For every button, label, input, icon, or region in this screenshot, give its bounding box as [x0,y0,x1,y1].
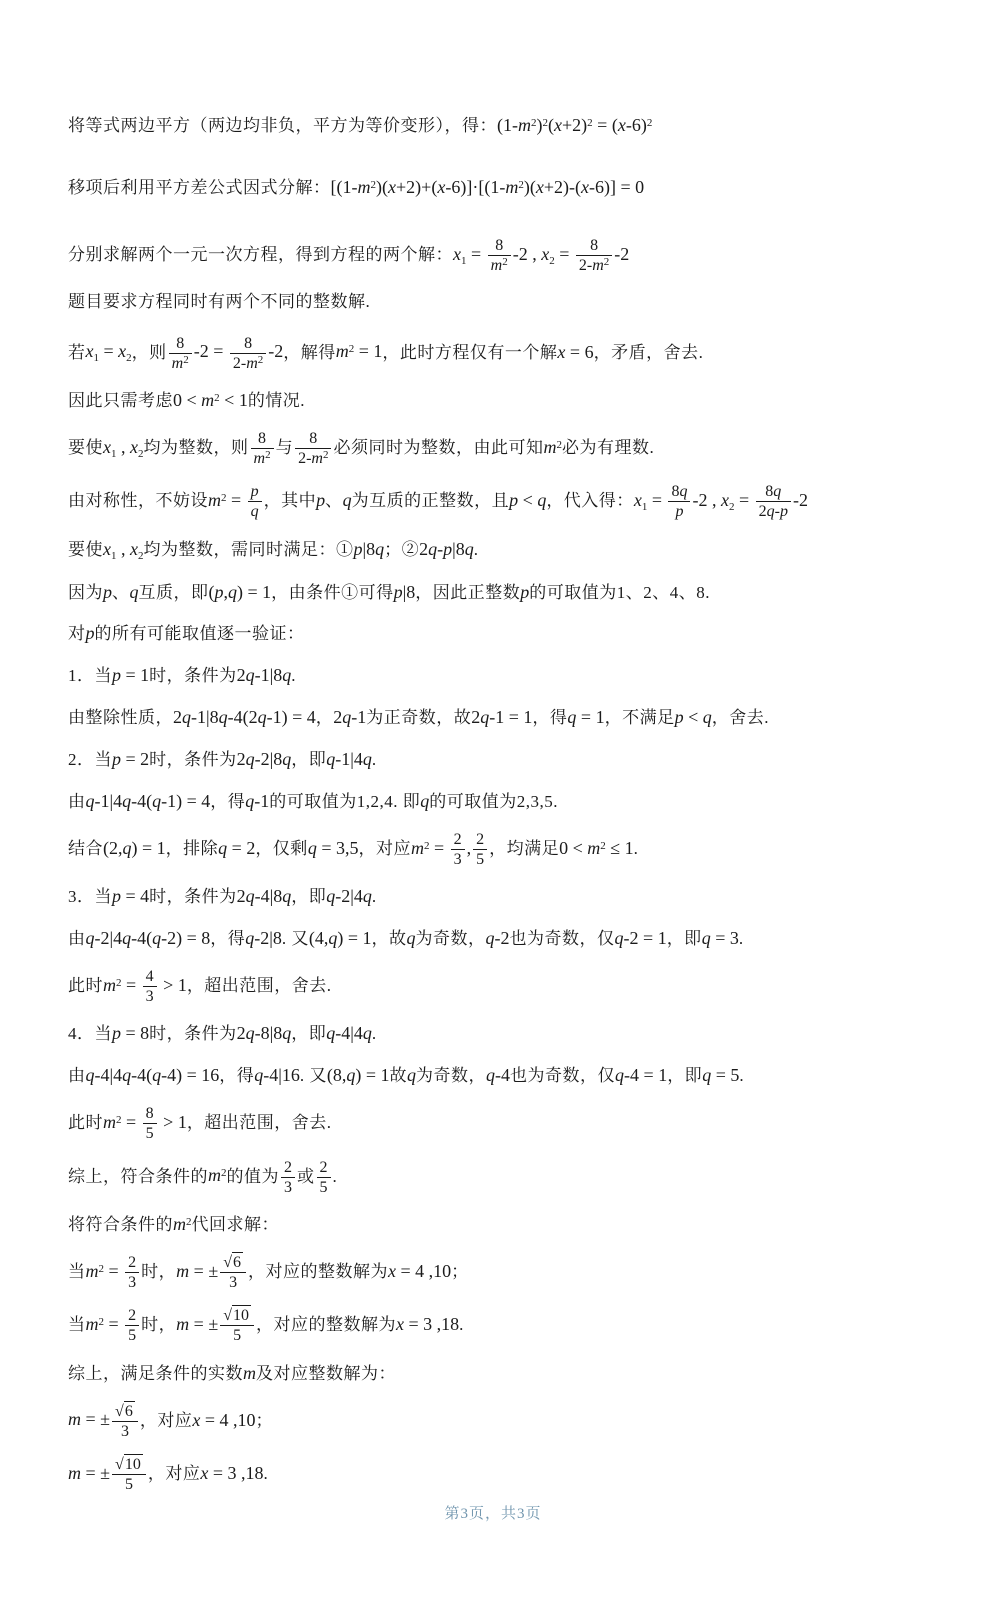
math-formula: q-4 [486,1065,510,1085]
text-segment: . [459,1315,464,1334]
text-line: m = ±√105，对应x = 3 ,18. [68,1455,926,1494]
math-formula: m [243,1363,256,1383]
text-line: 此时m2 = 85 > 1，超出范围，舍去. [68,1104,926,1143]
text-segment: 此时 [68,1113,103,1132]
text-segment: 的值为 [227,1166,280,1185]
text-segment: ，对应 [358,839,411,858]
math-formula: 8m2 [249,437,276,457]
text-segment: 也为奇数，仅 [510,929,615,948]
math-formula: m2 = 43 > 1 [103,975,187,995]
math-formula: m = ±√63 [68,1409,140,1429]
text-segment: ，代入得： [546,491,634,510]
math-formula: (1-m2)2(x+2)2 = (x-6)2 [497,115,652,135]
text-line: 将等式两边平方（两边均非负，平方为等价变形），得：(1-m2)2(x+2)2 =… [68,112,926,140]
text-segment: 综上，符合条件的 [68,1166,208,1185]
math-formula: m2 = 1 [336,341,383,361]
text-segment: 由 [68,792,86,811]
text-segment: ，排除 [166,839,219,858]
math-formula: x1 = 8qp-2 , x2 = 8q2q-p-2 [634,490,808,510]
math-formula: p = 4 [112,886,149,906]
math-formula: [(1-m2)(x+2)+(x-6)]·[(1-m2)(x+2)-(x-6)] … [331,177,645,197]
text-line: 分别求解两个一元一次方程，得到方程的两个解：x1 = 8m2-2 , x2 = … [68,236,926,275]
math-formula: p [520,582,529,602]
text-line: 1．当p = 1时，条件为2q-1|8q. [68,662,926,690]
math-formula: 23 [279,1165,297,1185]
math-formula: 2q-p|8q [419,539,474,559]
text-segment: 1．当 [68,666,112,685]
math-formula: x1 , x2 [103,539,144,559]
math-formula: p = 8 [112,1023,149,1043]
text-segment: 代回求解： [192,1215,280,1234]
text-segment: 题目要求方程同时有两个不同的整数解. [68,292,370,311]
math-formula: m2 [543,437,562,457]
page-footer: 第3页，共3页 [0,1502,986,1523]
text-line: 由整除性质，2q-1|8q-4(2q-1) = 4，2q-1为正奇数，故2q-1… [68,704,926,732]
text-segment: 的可取值为1,2,4. 即 [269,792,420,811]
text-line: 若x1 = x2，则8m2-2 = 82-m2-2，解得m2 = 1，此时方程仅… [68,334,926,373]
text-line: 题目要求方程同时有两个不同的整数解. [68,289,926,315]
math-formula: x = 3 ,18 [200,1463,263,1483]
text-segment: 必为有理数. [562,438,654,457]
text-line: 要使x1 , x2均为整数，则8m2与82-m2必须同时为整数，由此可知m2必为… [68,429,926,468]
math-formula: q-4 = 1 [615,1065,667,1085]
text-segment: ；② [384,540,419,559]
text-segment: . [634,839,639,858]
math-formula: (8,q) = 1 [327,1065,390,1085]
math-formula: q-1 [245,791,269,811]
math-formula: m2 [173,1214,192,1234]
text-segment: 4．当 [68,1024,112,1043]
text-segment: . [474,540,479,559]
text-segment: . [333,1166,338,1185]
text-line: 因此只需考虑0 < m2 < 1的情况. [68,387,926,415]
math-formula: 25 [315,1165,333,1185]
math-formula: 2q-2|8q [237,749,292,769]
math-formula: (p,q) = 1 [209,582,272,602]
math-formula: q [407,1065,416,1085]
text-segment: 2．当 [68,750,112,769]
text-segment: 将等式两边平方（两边均非负，平方为等价变形），得： [68,116,497,135]
text-segment: 对 [68,624,86,643]
text-line: 结合(2,q) = 1，排除q = 2，仅剩q = 3,5，对应m2 = 23,… [68,830,926,869]
math-formula: x = 4 ,10 [388,1261,451,1281]
math-formula: (4,q) = 1 [309,928,372,948]
math-formula: m2 = 23 [86,1261,142,1281]
text-line: 当m2 = 25时，m = ±√105，对应的整数解为x = 3 ,18. [68,1306,926,1345]
text-segment: 要使 [68,540,103,559]
text-segment: ，舍去. [712,708,769,727]
text-segment: 将符合条件的 [68,1215,173,1234]
text-segment: 与 [276,438,294,457]
text-segment: ，仅剩 [255,839,308,858]
text-segment: 当 [68,1262,86,1281]
math-formula: x = 4 ,10 [192,1409,255,1429]
text-segment: 当 [68,1315,86,1334]
math-formula: x = 6 [557,341,593,361]
text-segment: ； [451,1262,469,1281]
text-segment: . [372,750,377,769]
math-formula: m2 = 85 > 1 [103,1112,187,1132]
document-page: 将等式两边平方（两边均非负，平方为等价变形），得：(1-m2)2(x+2)2 =… [0,0,986,1600]
math-formula: p < q [675,707,712,727]
text-segment: 综上，满足条件的实数 [68,1364,243,1383]
math-formula: p [316,490,325,510]
text-segment: 由 [68,929,86,948]
text-line: 将符合条件的m2代回求解： [68,1211,926,1239]
text-segment: ，得 [210,929,245,948]
text-segment: 、 [325,491,343,510]
text-segment: 3．当 [68,887,112,906]
text-segment: 互质，即 [139,583,209,602]
math-formula: 2q-1|8q [237,665,292,685]
math-formula: m2 = pq [208,490,264,510]
text-segment: ，此时方程仅有一个解 [382,342,557,361]
math-formula: m2 = 23,25 [411,838,489,858]
math-formula: p|8q [354,539,385,559]
math-formula: 2q-1|8q-4(2q-1) = 4 [173,707,316,727]
text-segment: ，不满足 [605,708,675,727]
text-segment: 因此只需考虑 [68,391,173,410]
math-formula: q [343,490,352,510]
text-segment: ，均满足 [489,839,559,858]
text-segment: . [372,1024,377,1043]
math-formula: x1 , x2 [103,437,144,457]
text-segment: 由整除性质， [68,708,173,727]
text-segment: 的可取值为1、2、4、8. [529,583,710,602]
text-segment: 要使 [68,438,103,457]
math-formula: q [130,582,139,602]
text-line: 由q-2|4q-4(q-2) = 8，得q-2|8. 又(4,q) = 1，故q… [68,925,926,953]
math-formula: x = 3 ,18 [396,1314,459,1334]
math-formula: q-2|4q-4(q-2) = 8 [86,928,211,948]
text-segment: 均为整数，需同时满足：① [144,540,354,559]
text-segment: 结合 [68,839,103,858]
text-segment: ，则 [132,342,167,361]
text-segment: ，对应的整数解为 [256,1315,396,1334]
math-formula: q-2 = 1 [615,928,667,948]
text-segment: ，即 [667,1066,702,1085]
math-formula: q-2|4q [326,886,372,906]
math-formula: p [103,582,112,602]
math-formula: q-4|4q [326,1023,372,1043]
text-segment: . [263,1464,268,1483]
text-segment: 的所有可能取值逐一验证： [95,624,305,643]
text-segment: ，即 [291,750,326,769]
math-formula: x1 = 8m2-2 , x2 = 82-m2-2 [453,244,629,264]
text-segment: ； [255,1410,273,1429]
text-segment: ， [316,708,334,727]
text-line: 因为p、q互质，即(p,q) = 1，由条件①可得p|8，因此正整数p的可取值为… [68,579,926,607]
text-segment: 时， [141,1262,176,1281]
math-formula: q = 5 [702,1065,739,1085]
text-segment: ，故 [372,929,407,948]
text-line: 移项后利用平方差公式因式分解：[(1-m2)(x+2)+(x-6)]·[(1-m… [68,174,926,202]
text-segment: 时，条件为 [149,1024,237,1043]
text-segment: ，解得 [283,342,336,361]
math-formula: 2q-1 [333,707,366,727]
text-segment: ，对应 [148,1464,201,1483]
math-formula: q [420,791,429,811]
text-segment: ，得 [219,1066,254,1085]
text-segment: ，得 [210,792,245,811]
math-formula: q-2|8 [245,928,282,948]
text-segment: 时，条件为 [149,666,237,685]
text-segment: ，对应 [140,1410,193,1429]
math-formula: q = 3 [702,928,739,948]
math-formula: 2q-1 = 1 [471,707,532,727]
math-formula: p = 2 [112,749,149,769]
text-segment: 若 [68,342,86,361]
math-formula: x1 = x2 [86,341,132,361]
text-segment: ，因此正整数 [415,583,520,602]
text-line: m = ±√63，对应x = 4 ,10； [68,1402,926,1441]
text-segment: 或 [297,1166,315,1185]
math-formula: p|8 [394,582,416,602]
text-segment: 分别求解两个一元一次方程，得到方程的两个解： [68,245,453,264]
text-segment: ，由条件①可得 [271,583,394,602]
math-formula: 0 < m2 ≤ 1 [559,838,634,858]
math-formula: q = 3,5 [308,838,359,858]
math-formula: q [407,928,416,948]
math-formula: q-4|16 [254,1065,300,1085]
text-segment: ，超出范围，舍去. [187,1113,332,1132]
text-line: 由q-4|4q-4(q-4) = 16，得q-4|16. 又(8,q) = 1故… [68,1062,926,1090]
math-formula: m2 = 25 [86,1314,142,1334]
text-line: 2．当p = 2时，条件为2q-2|8q，即q-1|4q. [68,746,926,774]
text-segment: ，其中 [264,491,317,510]
math-formula: 0 < m2 < 1 [173,390,248,410]
text-line: 3．当p = 4时，条件为2q-4|8q，即q-2|4q. [68,883,926,911]
math-formula: p [86,623,95,643]
text-segment: 故 [390,1066,408,1085]
text-segment: 、 [112,583,130,602]
text-segment: . [372,887,377,906]
text-segment: . 又 [300,1066,327,1085]
text-segment: 均为整数，则 [144,438,249,457]
text-segment: . [739,929,744,948]
text-segment: 的情况. [248,391,305,410]
text-line: 此时m2 = 43 > 1，超出范围，舍去. [68,967,926,1006]
text-segment: 时， [141,1315,176,1334]
math-formula: q-1|4q [326,749,372,769]
text-segment: 由对称性，不妨设 [68,491,208,510]
math-formula: (2,q) = 1 [103,838,166,858]
text-segment: 移项后利用平方差公式因式分解： [68,178,331,197]
text-line: 综上，满足条件的实数m及对应整数解为： [68,1360,926,1388]
text-segment: 为互质的正整数，且 [352,491,510,510]
text-segment: 时，条件为 [149,887,237,906]
text-segment: 的可取值为2,3,5. [429,792,558,811]
math-formula: 82-m2 [293,437,333,457]
math-formula: m = ±√63 [176,1261,248,1281]
text-line: 由q-1|4q-4(q-1) = 4，得q-1的可取值为1,2,4. 即q的可取… [68,788,926,816]
text-line: 综上，符合条件的m2的值为23或25. [68,1158,926,1197]
text-segment: 因为 [68,583,103,602]
math-formula: p = 1 [112,665,149,685]
text-segment: ，矛盾，舍去. [594,342,704,361]
document-body: 将等式两边平方（两边均非负，平方为等价变形），得：(1-m2)2(x+2)2 =… [68,112,926,1508]
math-formula: m = ±√105 [176,1314,256,1334]
math-formula: q = 1 [567,707,604,727]
math-formula: 2q-4|8q [237,886,292,906]
math-formula: q-4|4q-4(q-4) = 16 [86,1065,220,1085]
math-formula: m2 [208,1165,227,1185]
page-number: 第3页，共3页 [444,1506,541,1522]
text-line: 由对称性，不妨设m2 = pq，其中p、q为互质的正整数，且p < q，代入得：… [68,482,926,521]
text-line: 4．当p = 8时，条件为2q-8|8q，即q-4|4q. [68,1020,926,1048]
text-segment: ，得 [532,708,567,727]
text-segment: ，超出范围，舍去. [187,976,332,995]
text-line: 对p的所有可能取值逐一验证： [68,620,926,648]
text-segment: ，对应的整数解为 [248,1262,388,1281]
text-segment: 此时 [68,976,103,995]
math-formula: m = ±√105 [68,1463,148,1483]
text-segment: 为奇数， [416,1066,486,1085]
text-segment: ，即 [291,1024,326,1043]
text-segment: . 又 [282,929,309,948]
text-segment: 由 [68,1066,86,1085]
text-segment: ，即 [291,887,326,906]
text-line: 要使x1 , x2均为整数，需同时满足：①p|8q；②2q-p|8q. [68,536,926,565]
text-segment: 时，条件为 [149,750,237,769]
math-formula: q-2 [486,928,510,948]
text-line: 当m2 = 23时，m = ±√63，对应的整数解为x = 4 ,10； [68,1253,926,1292]
math-formula: q-1|4q-4(q-1) = 4 [86,791,211,811]
text-segment: ，即 [667,929,702,948]
text-segment: . [739,1066,744,1085]
text-segment: . [291,666,296,685]
math-formula: 8m2-2 = 82-m2-2 [167,341,284,361]
math-formula: p < q [509,490,546,510]
text-segment: 及对应整数解为： [256,1364,396,1383]
math-formula: 2q-8|8q [237,1023,292,1043]
text-segment: 为奇数， [416,929,486,948]
text-segment: 必须同时为整数，由此可知 [333,438,543,457]
text-segment: 也为奇数，仅 [510,1066,615,1085]
text-segment: 为正奇数，故 [366,708,471,727]
math-formula: q = 2 [218,838,255,858]
